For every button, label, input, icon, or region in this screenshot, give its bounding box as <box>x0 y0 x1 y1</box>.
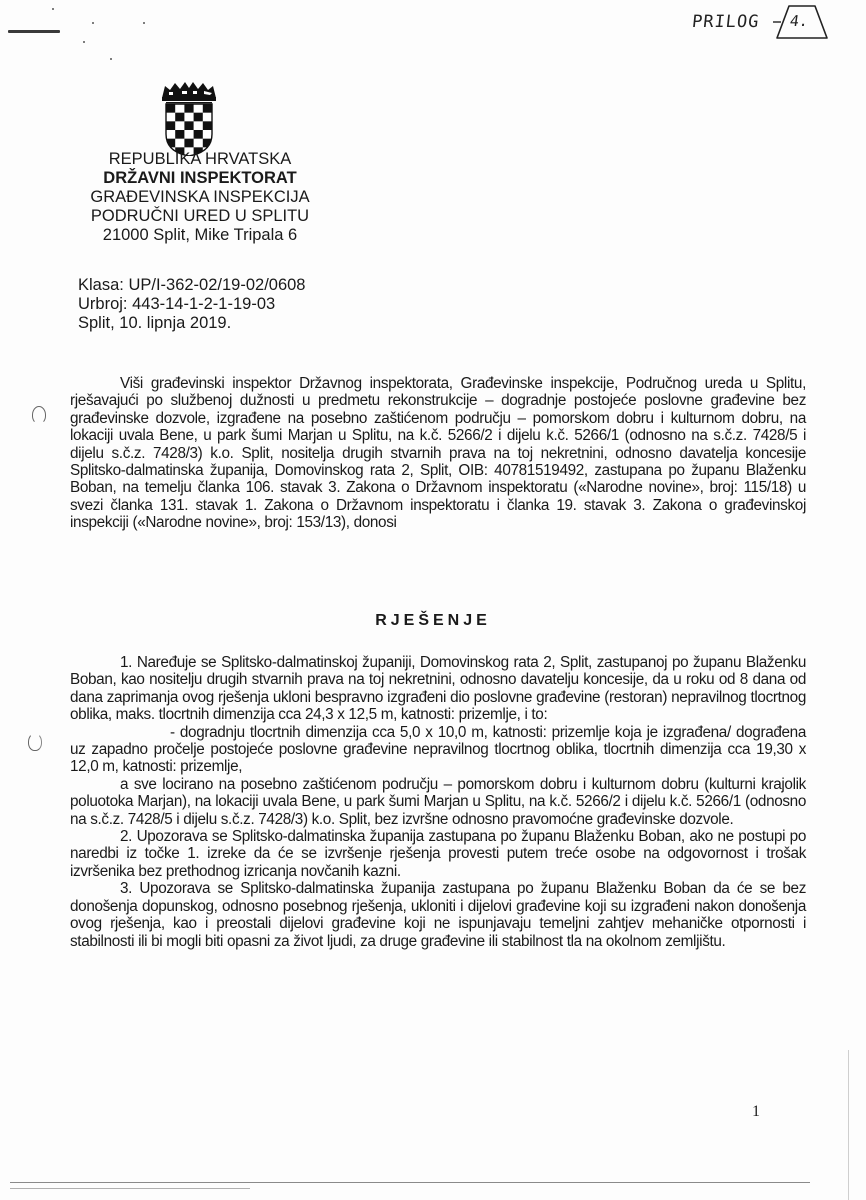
intro-section: Viši građevinski inspektor Državnog insp… <box>70 375 806 532</box>
klasa-number: Klasa: UP/I-362-02/19-02/0608 <box>78 276 305 295</box>
annex-label-text: PRILOG <box>691 12 761 32</box>
scan-edge-line <box>10 1182 810 1183</box>
coat-of-arms-icon <box>160 80 218 156</box>
letterhead-department: GRAĐEVINSKA INSPEKCIJA <box>70 188 330 207</box>
document-page: PRILOG 4. REPUBLIKA HRVATSKA DRŽAVNI INS… <box>0 0 866 1200</box>
scan-speck <box>143 22 145 24</box>
annex-number: 4. <box>789 12 810 30</box>
scan-speck <box>83 41 85 43</box>
scan-speck <box>52 8 54 10</box>
scan-edge-line <box>10 1188 250 1189</box>
scan-speck <box>92 22 94 24</box>
handwritten-annex-label: PRILOG <box>691 12 761 32</box>
decision-item-1-sub: - dogradnju tlocrtnih dimenzija cca 5,0 … <box>70 724 806 776</box>
decision-item-1: 1. Naređuje se Splitsko-dalmatinskoj žup… <box>70 654 806 724</box>
punch-hole-mark <box>32 406 46 424</box>
place-and-date: Split, 10. lipnja 2019. <box>78 314 305 333</box>
letterhead-address: 21000 Split, Mike Tripala 6 <box>70 226 330 245</box>
scan-edge-line <box>848 1050 849 1200</box>
decision-title: RJEŠENJE <box>0 612 866 630</box>
letterhead-authority: DRŽAVNI INSPEKTORAT <box>70 169 330 188</box>
document-references: Klasa: UP/I-362-02/19-02/0608 Urbroj: 44… <box>78 276 305 333</box>
decision-item-2: 2. Upozorava se Splitsko-dalmatinska žup… <box>70 828 806 880</box>
scan-speck <box>110 58 112 60</box>
scan-artifact-mark <box>8 30 60 33</box>
urbroj-number: Urbroj: 443-14-1-2-1-19-03 <box>78 295 305 314</box>
decision-items: 1. Naređuje se Splitsko-dalmatinskoj žup… <box>70 654 806 950</box>
page-number: 1 <box>752 1103 760 1121</box>
letterhead: REPUBLIKA HRVATSKA DRŽAVNI INSPEKTORAT G… <box>70 150 330 245</box>
decision-item-3: 3. Upozorava se Splitsko-dalmatinska žup… <box>70 880 806 950</box>
letterhead-country: REPUBLIKA HRVATSKA <box>70 150 330 169</box>
punch-hole-mark <box>28 733 42 751</box>
decision-item-1-location: a sve locirano na posebno zaštićenom pod… <box>70 776 806 828</box>
intro-paragraph: Viši građevinski inspektor Državnog insp… <box>70 375 806 532</box>
letterhead-office: PODRUČNI URED U SPLITU <box>70 207 330 226</box>
